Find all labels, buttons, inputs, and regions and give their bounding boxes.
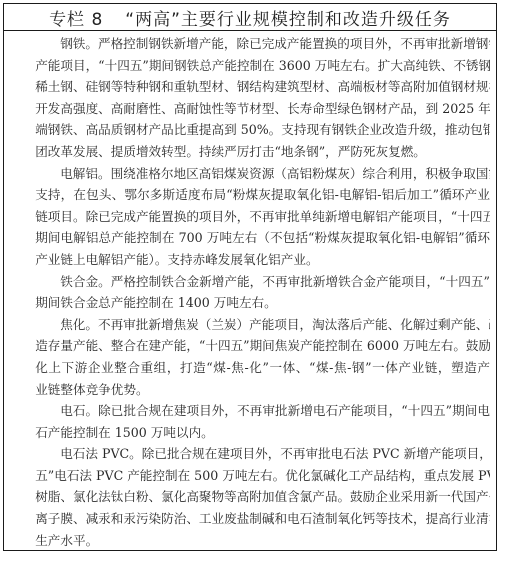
- paragraph-coking: 焦化。不再审批新增焦炭（兰炭）产能项目，淘汰落后产能、化解过剩产能、改 造存量产…: [10, 314, 490, 400]
- paragraph-calcium-carbide: 电石。除已批合规在建项目外，不再审批新增电石产能项目，“十四五”期间电 石产能控…: [10, 400, 490, 443]
- paragraph-electrolytic-aluminum: 电解铝。围绕准格尔地区高铝煤炭资源（高铝粉煤灰）综合利用，积极争取国家 支持，在…: [10, 163, 490, 271]
- text-line: 期间铁合金总产能控制在 1400 万吨左右。: [10, 292, 490, 314]
- text-line: 支持，在包头、鄂尔多斯适度布局“粉煤灰提取氧化铝-电解铝-铝后加工”循环产业: [10, 184, 490, 206]
- paragraph-steel: 钢铁。严格控制钢铁新增产能，除已完成产能置换的项目外，不再审批新增钢铁 产能项目…: [10, 33, 490, 163]
- text-line: 电解铝。围绕准格尔地区高铝煤炭资源（高铝粉煤灰）综合利用，积极争取国家: [10, 163, 490, 185]
- box-content: 钢铁。严格控制钢铁新增产能，除已完成产能置换的项目外，不再审批新增钢铁 产能项目…: [4, 31, 496, 551]
- text-line: 稀土钢、硅钢等特种钢和重轨型材、钢结构建筑型材、高端板材等高附加值钢材规模，: [10, 76, 490, 98]
- text-line: 产能项目，“十四五”期间钢铁总产能控制在 3600 万吨左右。扩大高纯铁、不锈钢…: [10, 55, 490, 77]
- text-line: 期间电解铝总产能控制在 700 万吨左右（不包括“粉煤灰提取氧化铝-电解铝”循环: [10, 227, 490, 249]
- text-line: 离子膜、减汞和汞污染防治、工业废盐制碱和电石渣制氧化钙等技术，提高行业清洁: [10, 508, 490, 530]
- box-title-label: 专栏 8: [49, 5, 103, 30]
- text-line: 石产能控制在 1500 万吨以内。: [10, 422, 490, 444]
- text-line: 团改革发展、提质增效转型。持续严厉打击“地条钢”，严防死灰复燃。: [10, 141, 490, 163]
- text-line: 造存量产能、整合在建产能，“十四五”期间焦炭产能控制在 6000 万吨左右。鼓励…: [10, 335, 490, 357]
- text-line: 电石法 PVC。除已批合规在建项目外，不再审批电石法 PVC 新增产能项目，“十…: [10, 443, 490, 465]
- text-line: 树脂、氯化法钛白粉、氯化高聚物等高附加值含氯产品。鼓励企业采用新一代国产化: [10, 486, 490, 508]
- box-title-text: “两高”主要行业规模控制和改造升级任务: [125, 5, 451, 30]
- text-line: 铁合金。严格控制铁合金新增产能，不再审批新增铁合金产能项目，“十四五”: [10, 271, 490, 293]
- box-title: 专栏 8 “两高”主要行业规模控制和改造升级任务: [4, 4, 496, 31]
- text-line: 钢铁。严格控制钢铁新增产能，除已完成产能置换的项目外，不再审批新增钢铁: [10, 33, 490, 55]
- text-line: 开发高强度、高耐磨性、高耐蚀性等节材型、长寿命型绿色钢材产品，到 2025 年高: [10, 98, 490, 120]
- paragraph-carbide-pvc: 电石法 PVC。除已批合规在建项目外，不再审批电石法 PVC 新增产能项目，“十…: [10, 443, 490, 551]
- text-line: 生产水平。: [10, 530, 490, 552]
- text-line: 产业链上电解铝产能）。支持赤峰发展氧化铝产业。: [10, 249, 490, 271]
- text-line: 端钢铁、高品质钢材产品比重提高到 50%。支持现有钢铁企业改造升级，推动包钢集: [10, 119, 490, 141]
- text-line: 电石。除已批合规在建项目外，不再审批新增电石产能项目，“十四五”期间电: [10, 400, 490, 422]
- text-line: 焦化。不再审批新增焦炭（兰炭）产能项目，淘汰落后产能、化解过剩产能、改: [10, 314, 490, 336]
- text-line: 业链整体竞争优势。: [10, 379, 490, 401]
- paragraph-ferroalloy: 铁合金。严格控制铁合金新增产能，不再审批新增铁合金产能项目，“十四五” 期间铁合…: [10, 271, 490, 314]
- text-line: 链项目。除已完成产能置换的项目外，不再审批单纯新增电解铝产能项目，“十四五”: [10, 206, 490, 228]
- text-line: 五”电石法 PVC 产能控制在 500 万吨左右。优化氯碱化工产品结构，重点发展…: [10, 465, 490, 487]
- info-box: 专栏 8 “两高”主要行业规模控制和改造升级任务 钢铁。严格控制钢铁新增产能，除…: [3, 3, 497, 551]
- text-line: 化上下游企业整合重组，打造“煤-焦-化”一体、“煤-焦-钢”一体产业链，塑造产: [10, 357, 490, 379]
